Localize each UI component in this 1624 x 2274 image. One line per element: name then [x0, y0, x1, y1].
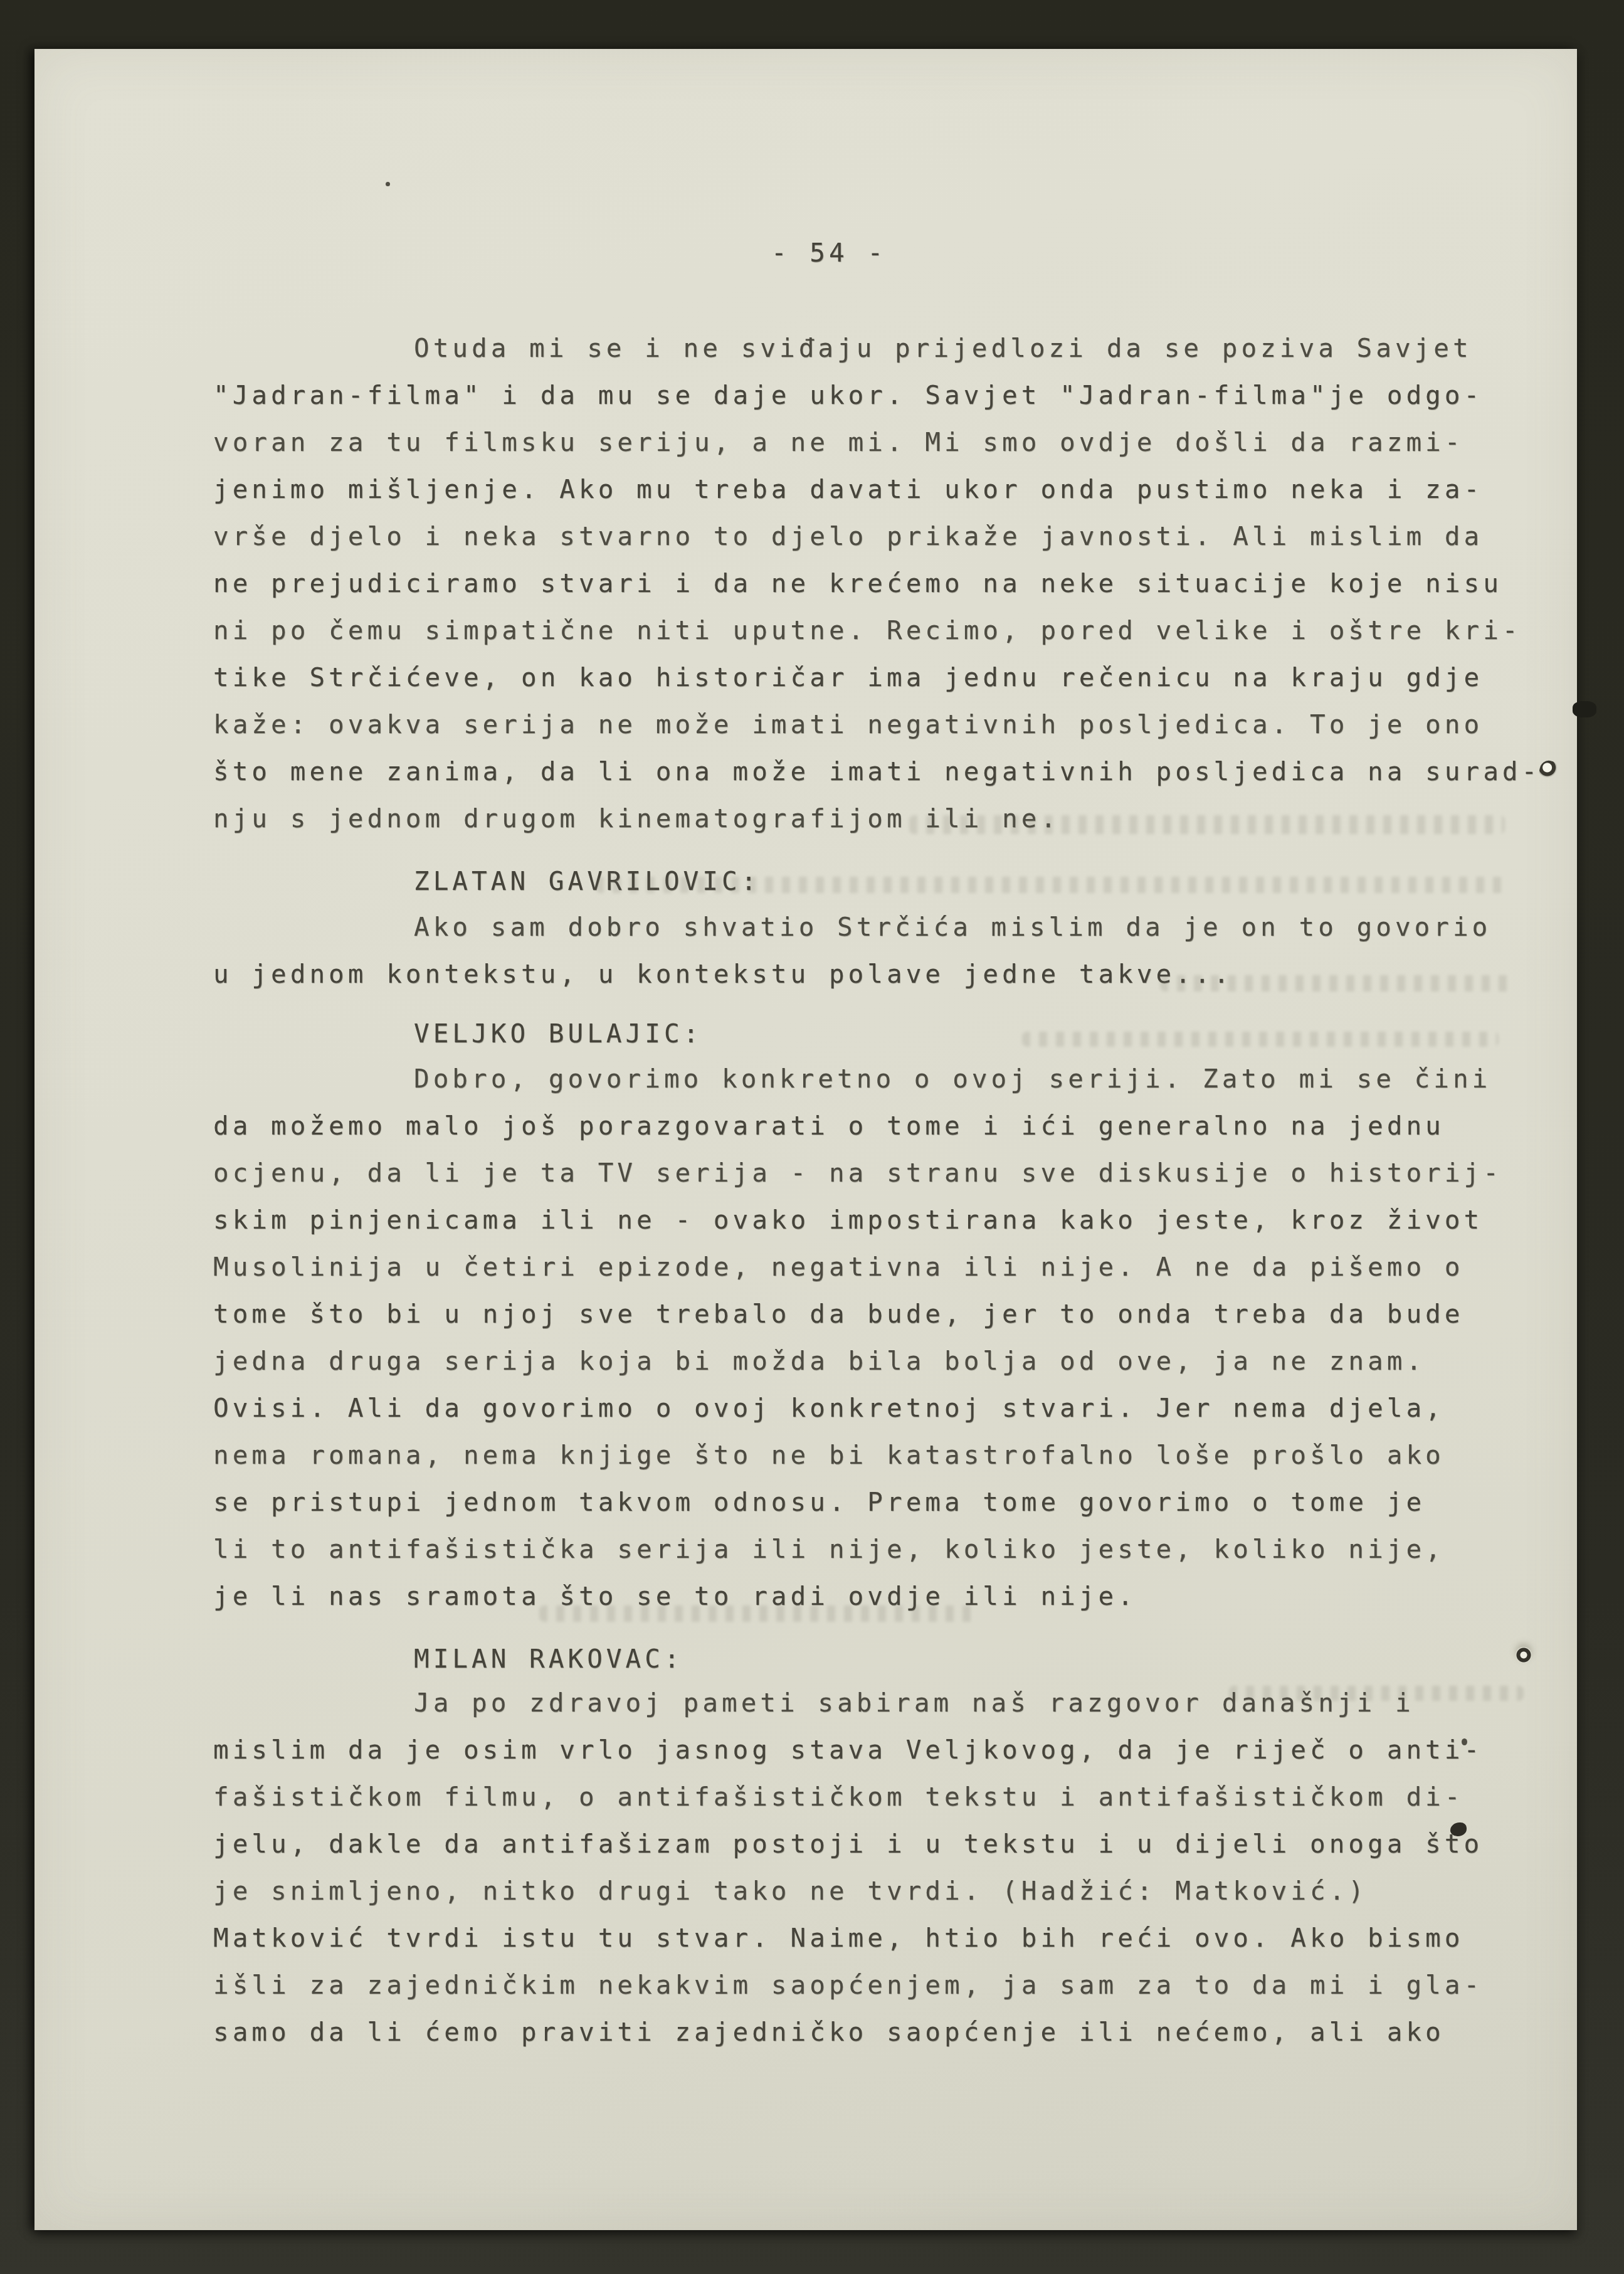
typed-line: tike Strčićeve, on kao historičar ima je…: [213, 654, 1542, 701]
typed-line: jelu, dakle da antifašizam postoji i u t…: [213, 1821, 1542, 1868]
typed-line: da možemo malo još porazgovarati o tome …: [213, 1103, 1542, 1150]
typed-line: Ako sam dobro shvatio Strčića mislim da …: [213, 904, 1542, 951]
typed-line: u jednom kontekstu, u kontekstu polave j…: [213, 951, 1542, 998]
typed-line: fašističkom filmu, o antifašističkom tek…: [213, 1774, 1542, 1821]
typed-line: nju s jednom drugom kinematografijom ili…: [213, 795, 1542, 842]
typed-line: ocjenu, da li je ta TV serija - na stran…: [213, 1150, 1542, 1197]
typed-line: Matković tvrdi istu tu stvar. Naime, hti…: [213, 1915, 1542, 1962]
paper-sheet: - 54 - Otuda mi se i ne sviđaju prijedlo…: [34, 49, 1577, 2230]
typed-line: samo da li ćemo praviti zajedničko saopć…: [213, 2009, 1542, 2056]
page-number: - 54 -: [771, 230, 887, 277]
typed-line: li to antifašistička serija ili nije, ko…: [213, 1526, 1542, 1573]
typed-line: ni po čemu simpatične niti uputne. Recim…: [213, 607, 1542, 654]
speaker-block: MILAN RAKOVAC:: [213, 1636, 1542, 1683]
typed-line: Ja po zdravoj pameti sabiram naš razgovo…: [213, 1679, 1542, 1727]
typed-line: jedna druga serija koja bi možda bila bo…: [213, 1338, 1542, 1385]
speaker-block: VELJKO BULAJIC:: [213, 1010, 1542, 1057]
typed-line: vrše djelo i neka stvarno to djelo prika…: [213, 513, 1542, 560]
typed-line: išli za zajedničkim nekakvim saopćenjem,…: [213, 1962, 1542, 2009]
scanned-document-page: { "page": { "number": "- 54 -", "section…: [0, 0, 1624, 2274]
typed-line: što mene zanima, da li ona može imati ne…: [213, 748, 1542, 795]
typed-line: mislim da je osim vrlo jasnog stava Velj…: [213, 1727, 1542, 1774]
typed-line: Dobro, govorimo konkretno o ovoj seriji.…: [213, 1055, 1542, 1103]
speaker-heading: VELJKO BULAJIC:: [414, 1010, 1542, 1057]
paragraph: Ja po zdravoj pameti sabiram naš razgovo…: [213, 1679, 1542, 2056]
typed-line: Musolinija u četiri epizode, negativna i…: [213, 1244, 1542, 1291]
typed-line: skim pinjenicama ili ne - ovako impostir…: [213, 1197, 1542, 1244]
speaker-block: ZLATAN GAVRILOVIC:: [213, 858, 1542, 905]
ink-speck: [386, 182, 390, 186]
speaker-heading: MILAN RAKOVAC:: [414, 1636, 1542, 1683]
typed-line: voran za tu filmsku seriju, a ne mi. Mi …: [213, 419, 1542, 466]
typed-line: Otuda mi se i ne sviđaju prijedlozi da s…: [213, 325, 1542, 372]
typed-line: tome što bi u njoj sve trebalo da bude, …: [213, 1291, 1542, 1338]
speaker-heading: ZLATAN GAVRILOVIC:: [414, 858, 1542, 905]
paragraph: Dobro, govorimo konkretno o ovoj seriji.…: [213, 1055, 1542, 1620]
typed-line: je snimljeno, nitko drugi tako ne tvrdi.…: [213, 1868, 1542, 1915]
typed-line: ne prejudiciramo stvari i da ne krećemo …: [213, 560, 1542, 607]
typed-line: se pristupi jednom takvom odnosu. Prema …: [213, 1479, 1542, 1526]
typed-line: nema romana, nema knjige što ne bi katas…: [213, 1432, 1542, 1479]
typed-line: Ovisi. Ali da govorimo o ovoj konkretnoj…: [213, 1385, 1542, 1432]
typed-line: je li nas sramota što se to radi ovdje i…: [213, 1573, 1542, 1620]
paragraph: Otuda mi se i ne sviđaju prijedlozi da s…: [213, 325, 1542, 842]
typed-line: jenimo mišljenje. Ako mu treba davati uk…: [213, 466, 1542, 513]
paragraph: Ako sam dobro shvatio Strčića mislim da …: [213, 904, 1542, 998]
typed-line: "Jadran-filma" i da mu se daje ukor. Sav…: [213, 372, 1542, 419]
typed-line: kaže: ovakva serija ne može imati negati…: [213, 701, 1542, 748]
